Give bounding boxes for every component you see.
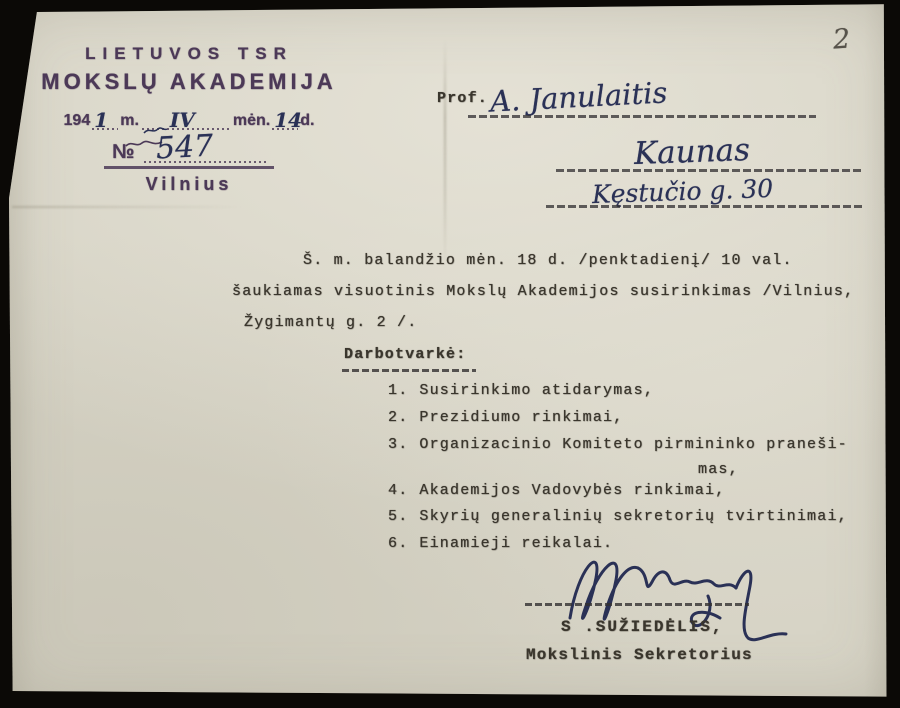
body-paragraph-line3: Žygimantų g. 2 /. (244, 314, 417, 331)
stamp-city: Vilnius (36, 174, 342, 195)
agenda-item: 4.Akademijos Vadovybės rinkimai, (388, 482, 725, 499)
addressee-name-line: A. Janulaitis (468, 56, 816, 118)
org-name-line1: LIETUVOS TSR (36, 44, 342, 64)
addressee-street-line: Kęstučio g. 30 (546, 166, 864, 208)
body-paragraph-line2: šaukiamas visuotinis Mokslų Akademijos s… (232, 283, 854, 300)
typed-underline (546, 205, 864, 208)
addressee-street-handwritten: Kęstučio g. 30 (592, 174, 774, 209)
agenda-item: 3.Organizacinio Komiteto pirmininko pran… (388, 436, 848, 453)
paper-sheet: LIETUVOS TSR MOKSLŲ AKADEMIJA 194 1 m. I… (0, 0, 900, 708)
signer-title: Mokslinis Sekretorius (526, 646, 753, 664)
agenda-item: 2.Prezidiumo rinkimai, (388, 409, 623, 426)
date-men-label: mėn. (233, 112, 270, 130)
horizontal-fold-crease (12, 206, 242, 208)
addressee-city-line: Kaunas (556, 120, 862, 172)
date-m-label: m. (120, 112, 139, 130)
date-day-handwritten: 14 (274, 111, 302, 129)
document-number-handwritten: 547 (155, 129, 214, 167)
agenda-item-number: 4. (388, 482, 408, 499)
agenda-heading: Darbotvarkė: (344, 346, 466, 363)
stamp-date-row: 194 1 m. IV mėn. 14 d. (36, 104, 342, 130)
date-prefix: 194 (64, 112, 91, 130)
date-month-handwritten: IV (170, 111, 195, 129)
agenda-item-number: 5. (388, 508, 408, 525)
agenda-item-wrap-text: mas, (698, 461, 739, 478)
letterhead-stamp: LIETUVOS TSR MOKSLŲ AKADEMIJA 194 1 m. I… (36, 44, 342, 195)
stamp-number-row: № 547 (104, 132, 274, 169)
agenda-item-text: Organizacinio Komiteto pirmininko praneš… (419, 436, 847, 453)
typed-underline (468, 115, 816, 118)
agenda-item-text: Susirinkimo atidarymas, (419, 382, 654, 399)
signature-underline (525, 603, 749, 606)
agenda-item-text: Akademijos Vadovybės rinkimai, (419, 482, 725, 499)
agenda-heading-underline (342, 369, 476, 372)
agenda-item-text: Skyrių generalinių sekretorių tvirtinima… (419, 508, 847, 525)
org-name-line2: MOKSLŲ AKADEMIJA (36, 69, 342, 95)
agenda-item: 1.Susirinkimo atidarymas, (388, 382, 654, 399)
date-year-handwritten: 1 (94, 111, 108, 129)
agenda-item-number: 1. (388, 382, 408, 399)
agenda-item-number: 6. (388, 535, 408, 552)
scanned-letter-page: LIETUVOS TSR MOKSLŲ AKADEMIJA 194 1 m. I… (0, 0, 900, 708)
numero-sign: № (112, 141, 134, 164)
body-paragraph-line1: Š. m. balandžio mėn. 18 d. /penktadienį/… (303, 252, 793, 269)
agenda-item-text: Prezidiumo rinkimai, (419, 409, 623, 426)
addressee-name-handwritten: A. Janulaitis (489, 75, 668, 118)
agenda-item-number: 2. (388, 409, 408, 426)
signer-name: S .SUŽIEDĖLIS, (561, 618, 723, 636)
agenda-item: 5.Skyrių generalinių sekretorių tvirtini… (388, 508, 848, 525)
date-d-label: d. (300, 112, 314, 130)
agenda-item-number: 3. (388, 436, 408, 453)
vertical-fold-crease (444, 40, 446, 270)
pencil-page-number: 2 (832, 23, 851, 55)
